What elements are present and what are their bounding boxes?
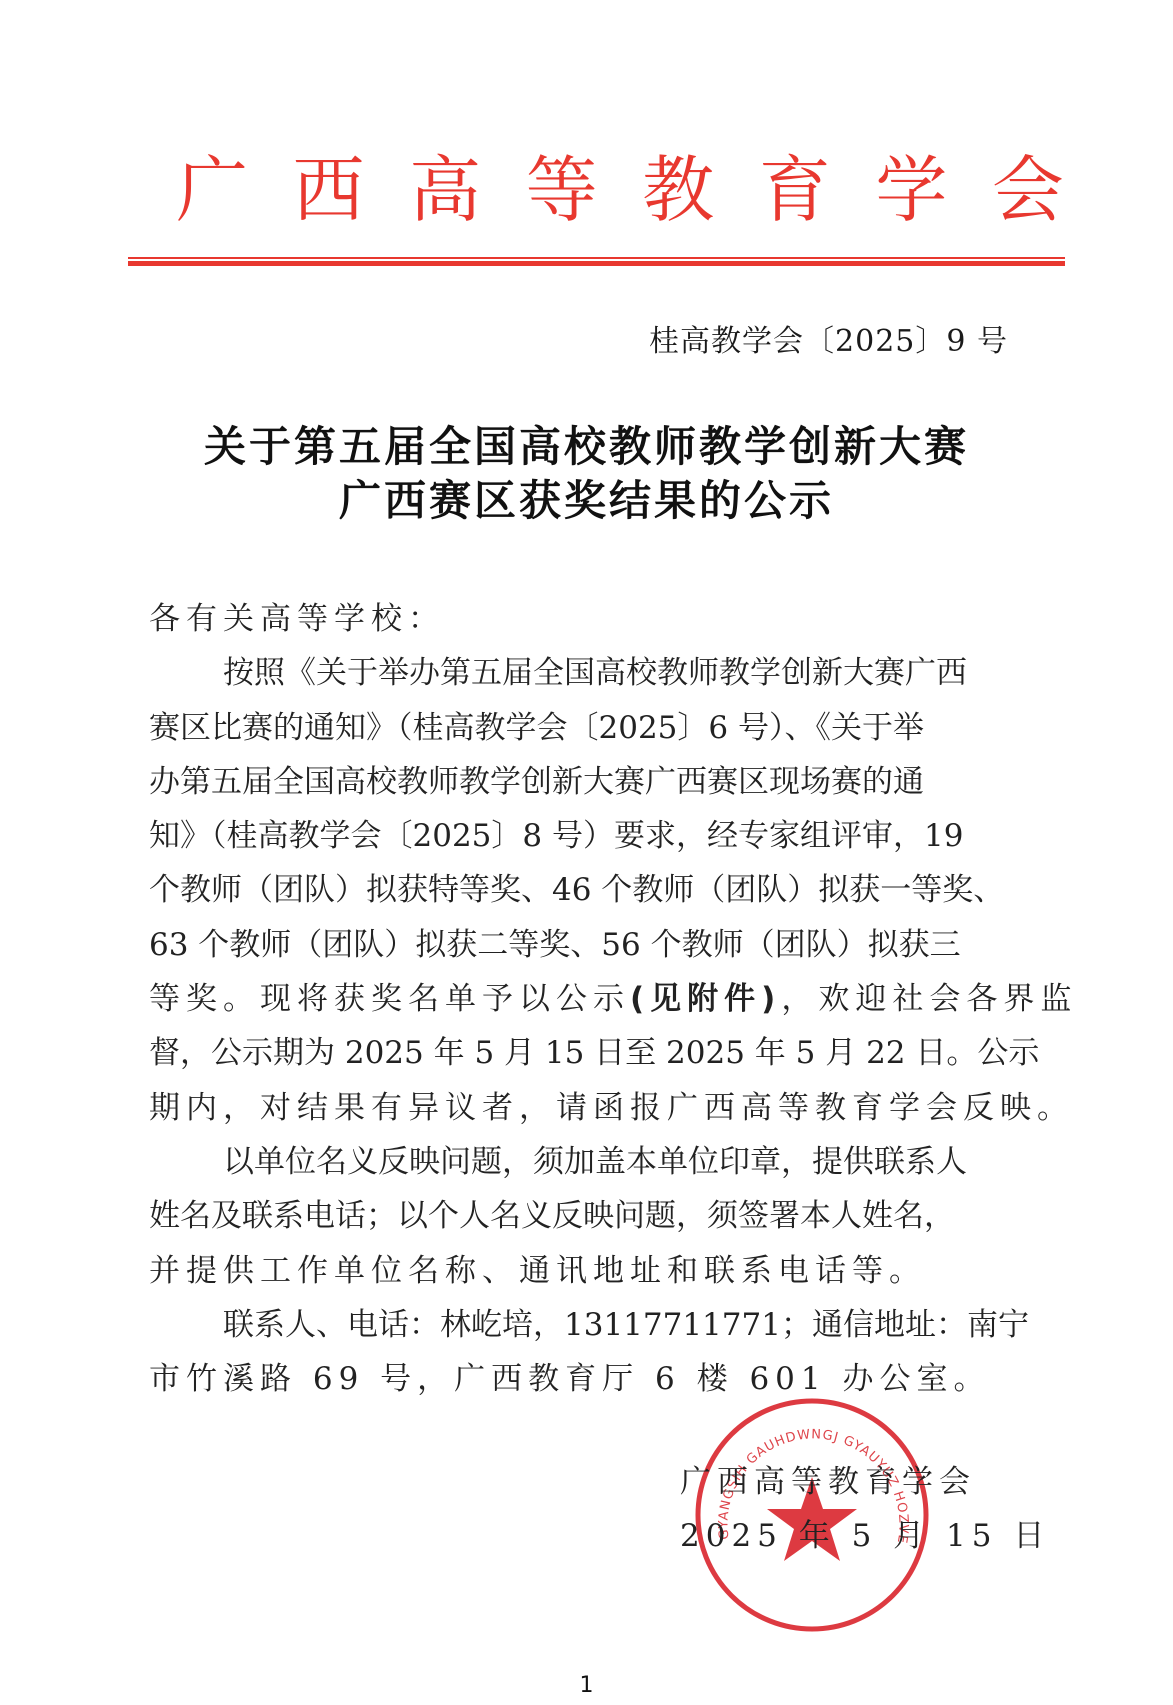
document-title-line-2: 广西赛区获奖结果的公示	[0, 474, 1173, 528]
letterhead-char: 等	[520, 148, 604, 232]
body-line: 知》（桂高教学会〔2025〕8 号）要求，经专家组评审，19	[149, 809, 1011, 863]
signature-org: 广西高等教育学会	[680, 1455, 976, 1509]
letterhead-char: 高	[403, 148, 487, 232]
body-line: 期内，对结果有异议者，请函报广西高等教育学会反映。	[149, 1081, 1011, 1135]
body-line: 63 个教师（团队）拟获二等奖、56 个教师（团队）拟获三	[149, 918, 1011, 972]
page-number: 1	[0, 1673, 1173, 1698]
document-title-line-1: 关于第五届全国高校教师教学创新大赛	[0, 420, 1173, 474]
body-text: 等奖。现将获奖名单予以公示	[149, 972, 630, 1026]
letterhead-org-name: 广 西 高 等 教 育 学 会	[170, 148, 1070, 232]
body-line: 姓名及联系电话；以个人名义反映问题，须签署本人姓名，	[149, 1189, 1011, 1243]
body-line: 按照《关于举办第五届全国高校教师教学创新大赛广西	[149, 646, 1011, 700]
body-line: 并提供工作单位名称、通讯地址和联系电话等。	[149, 1244, 1011, 1298]
letterhead-char: 广	[170, 148, 254, 232]
attachment-reference: (见附件)	[630, 972, 781, 1026]
body-line: 督，公示期为 2025 年 5 月 15 日至 2025 年 5 月 22 日。…	[149, 1026, 1011, 1080]
body-line: 赛区比赛的通知》（桂高教学会〔2025〕6 号）、《关于举	[149, 701, 1011, 755]
body-line-attachment: 等奖。现将获奖名单予以公示(见附件)，欢迎社会各界监	[149, 972, 1011, 1026]
signature-date: 2025 年 5 月 15 日	[680, 1509, 1050, 1563]
body-line: 办第五届全国高校教师教学创新大赛广西赛区现场赛的通	[149, 755, 1011, 809]
letterhead-char: 会	[986, 148, 1070, 232]
document-number: 桂高教学会〔2025〕9 号	[649, 322, 1008, 362]
body-line: 以单位名义反映问题，须加盖本单位印章，提供联系人	[149, 1135, 1011, 1189]
salutation: 各有关高等学校：	[149, 592, 1011, 646]
body-line: 个教师（团队）拟获特等奖、46 个教师（团队）拟获一等奖、	[149, 863, 1011, 917]
document-body: 各有关高等学校： 按照《关于举办第五届全国高校教师教学创新大赛广西 赛区比赛的通…	[149, 592, 1011, 1406]
body-line: 联系人、电话：林屹培，13117711771；通信地址：南宁	[149, 1298, 1011, 1352]
letterhead-char: 教	[636, 148, 720, 232]
body-text: ，欢迎社会各界监	[781, 972, 1077, 1026]
letterhead-char: 育	[753, 148, 837, 232]
letterhead-char: 西	[287, 148, 371, 232]
letterhead-rule-thin	[128, 257, 1065, 259]
letterhead-rule-thick	[128, 261, 1065, 266]
letterhead-char: 学	[869, 148, 953, 232]
